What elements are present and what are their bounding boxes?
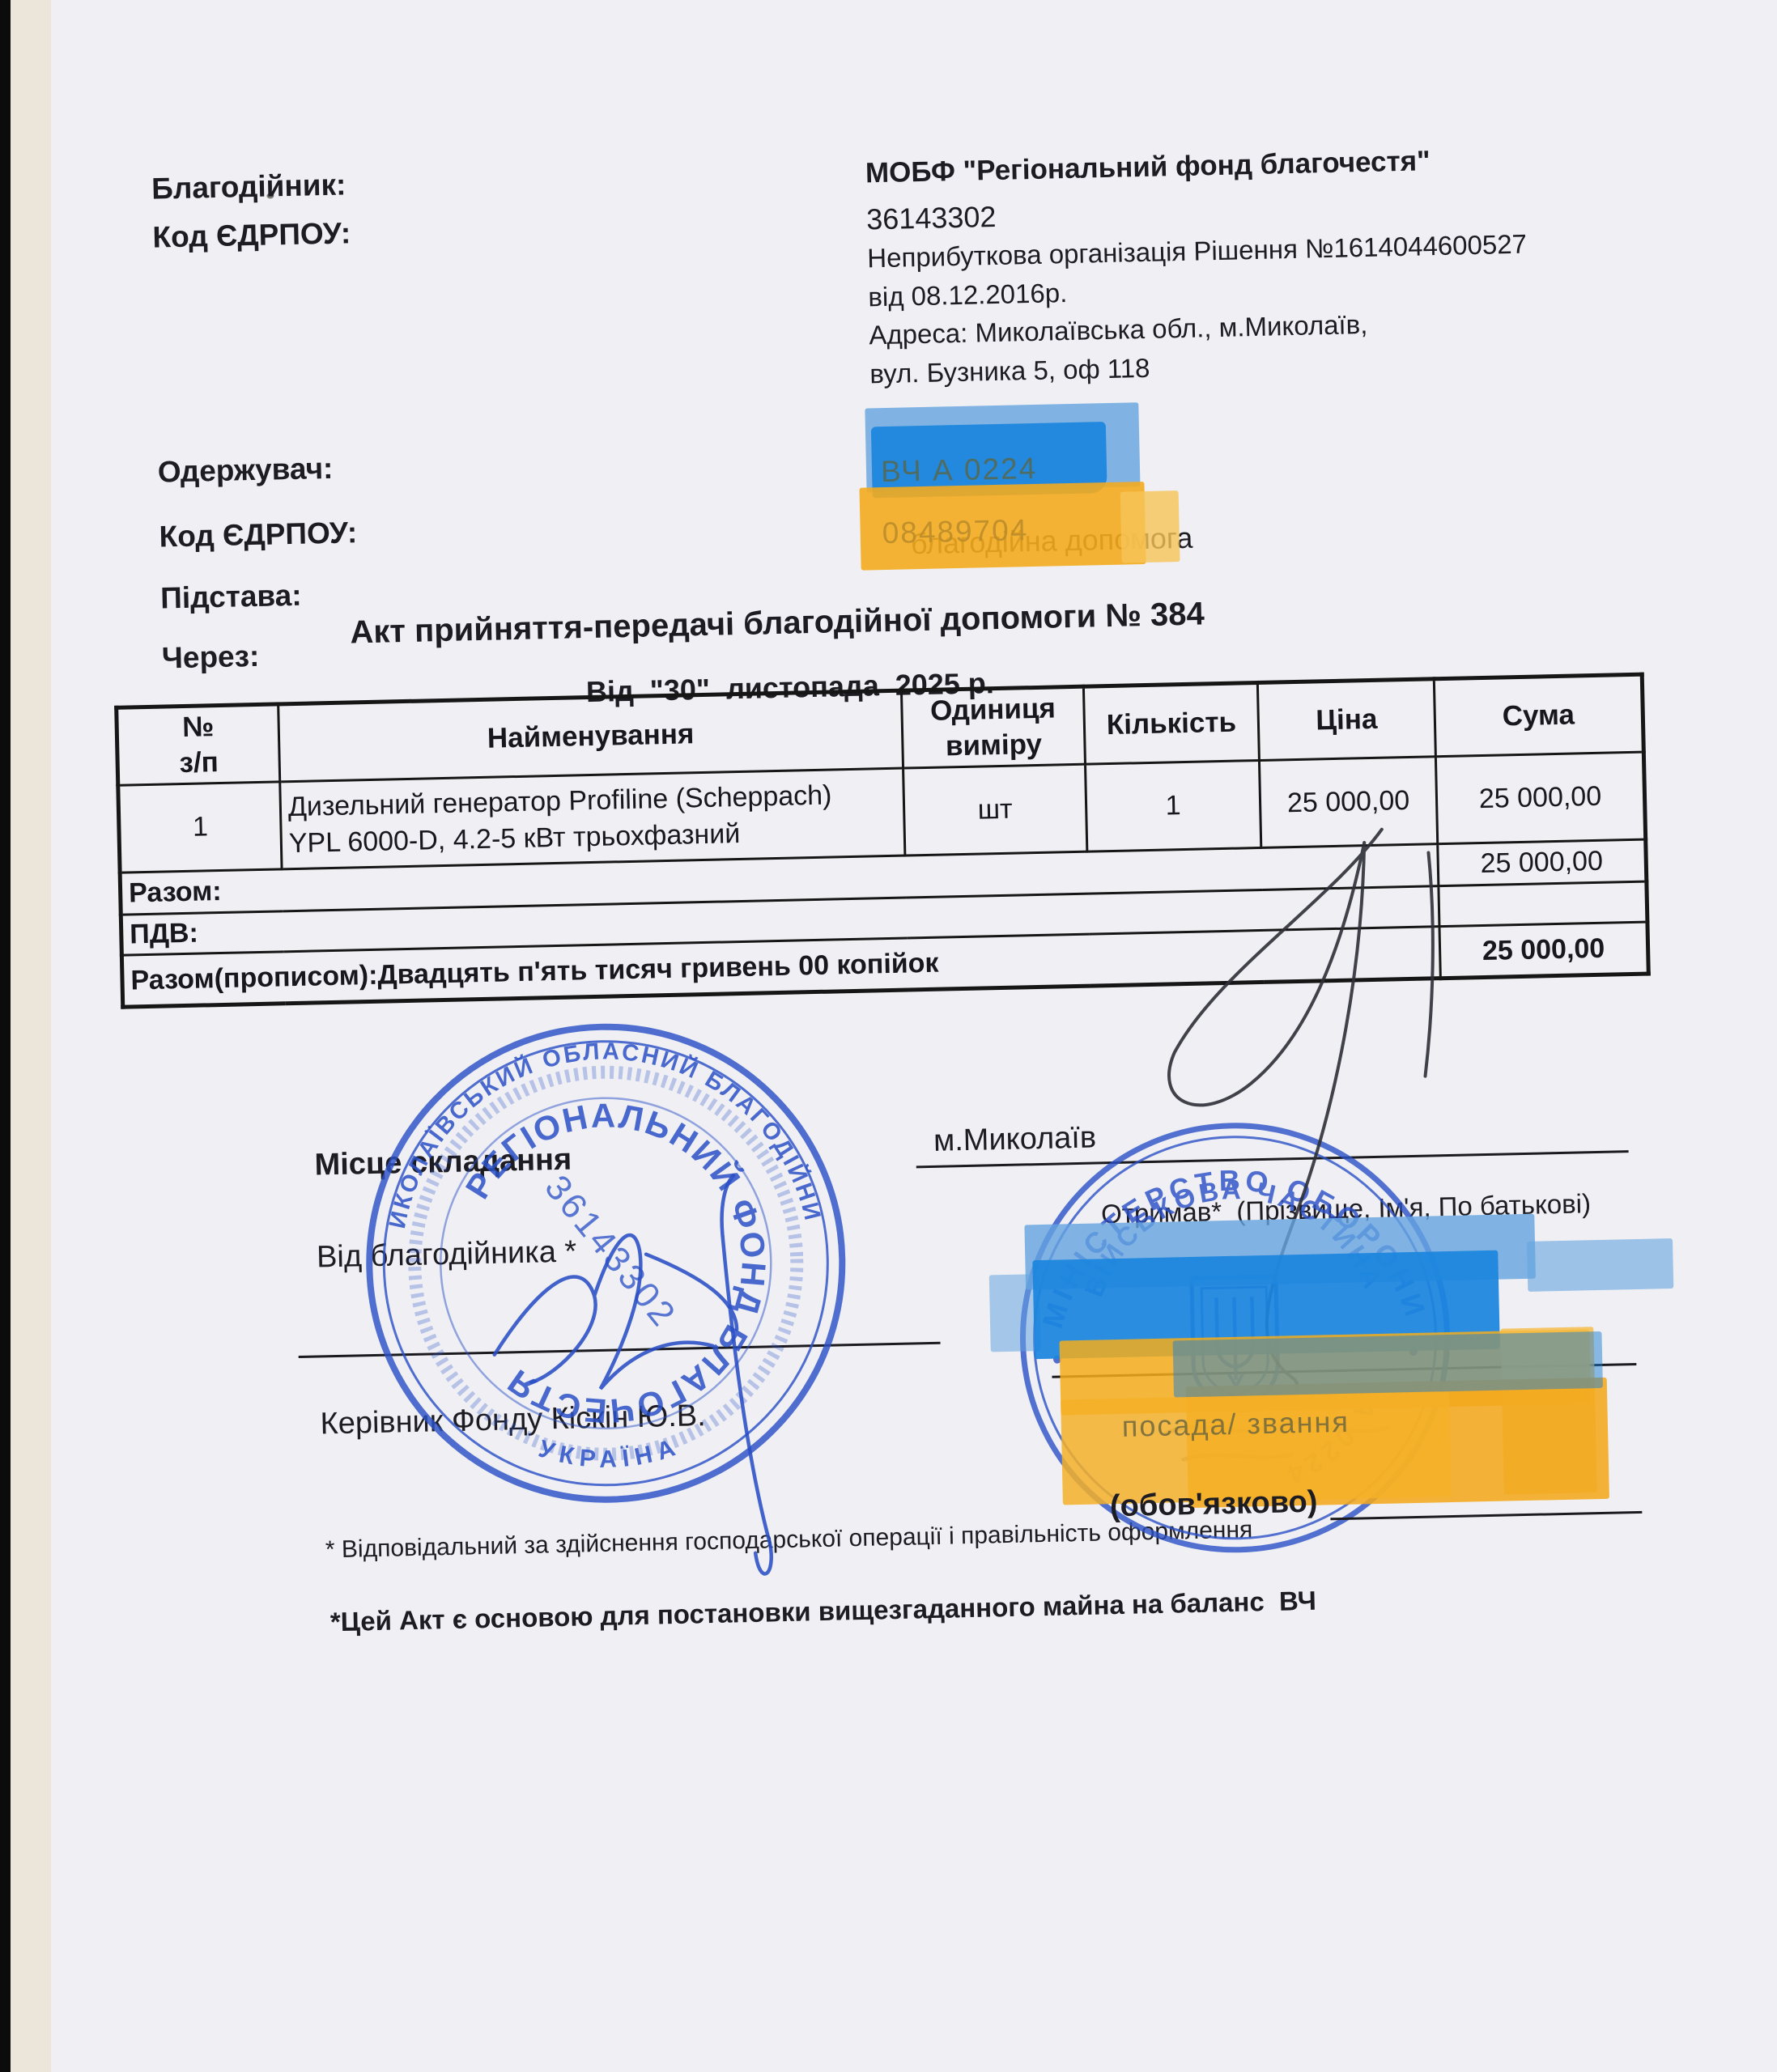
redaction-blue — [1173, 1331, 1603, 1398]
scan-edge-black — [0, 0, 11, 2072]
scan-edge-cream — [11, 0, 51, 2072]
scanned-document: { "page": { "benefactor_label": "Благоді… — [0, 0, 1777, 2072]
mandatory-label: (обов'язково) — [1110, 1485, 1318, 1525]
pen-strokes — [0, 0, 1777, 2072]
position-redacted: посада/ звання — [1121, 1405, 1350, 1444]
redaction-blue-light — [1527, 1238, 1673, 1292]
document-page: Благодійник: Код ЄДРПОУ: МОБФ "Регіональ… — [0, 0, 1777, 2072]
